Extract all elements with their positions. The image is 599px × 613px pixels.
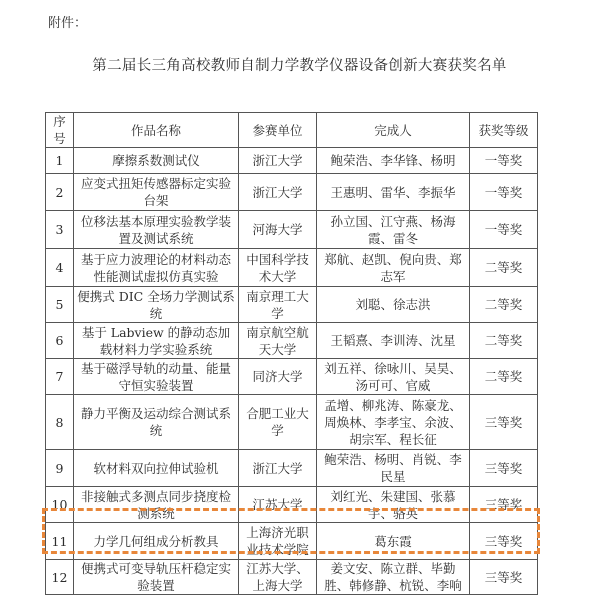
cell-people: 王惠明、雷华、李振华 bbox=[317, 174, 470, 211]
header-work-name: 作品名称 bbox=[74, 113, 239, 148]
table-row: 7基于磁浮导轨的动量、能量守恒实验装置同济大学刘五祥、徐咏川、吴昊、汤可可、官威… bbox=[46, 359, 538, 395]
cell-unit: 河海大学 bbox=[239, 211, 317, 249]
cell-people: 鲍荣浩、李华锋、杨明 bbox=[317, 148, 470, 174]
header-unit: 参赛单位 bbox=[239, 113, 317, 148]
table-row: 3位移法基本原理实验教学装置及测试系统河海大学孙立国、江守燕、杨海霞、雷冬一等奖 bbox=[46, 211, 538, 249]
cell-work-name: 便携式可变导轨压杆稳定实验装置 bbox=[74, 560, 239, 595]
cell-people: 葛东霞 bbox=[317, 523, 470, 560]
table-row: 4基于应力波理论的材料动态性能测试虚拟仿真实验中国科学技术大学郑航、赵凯、倪向贵… bbox=[46, 249, 538, 287]
cell-award: 三等奖 bbox=[470, 523, 538, 560]
cell-work-name: 软材料双向拉伸试验机 bbox=[74, 450, 239, 487]
header-people: 完成人 bbox=[317, 113, 470, 148]
cell-award: 二等奖 bbox=[470, 249, 538, 287]
attachment-label: 附件： bbox=[48, 12, 87, 31]
cell-people: 王韬熹、李训涛、沈星 bbox=[317, 323, 470, 359]
cell-award: 三等奖 bbox=[470, 450, 538, 487]
cell-work-name: 摩擦系数测试仪 bbox=[74, 148, 239, 174]
awards-table: 序号 作品名称 参赛单位 完成人 获奖等级 1摩擦系数测试仪浙江大学鲍荣浩、李华… bbox=[45, 112, 538, 595]
cell-people: 刘五祥、徐咏川、吴昊、汤可可、官威 bbox=[317, 359, 470, 395]
cell-no: 3 bbox=[46, 211, 74, 249]
cell-no: 9 bbox=[46, 450, 74, 487]
cell-unit: 南京理工大学 bbox=[239, 287, 317, 323]
cell-no: 4 bbox=[46, 249, 74, 287]
cell-unit: 中国科学技术大学 bbox=[239, 249, 317, 287]
cell-people: 姜文安、陈立群、毕勤胜、韩修静、杭锐、李响 bbox=[317, 560, 470, 595]
cell-no: 7 bbox=[46, 359, 74, 395]
cell-people: 刘聪、徐志洪 bbox=[317, 287, 470, 323]
table-row: 8静力平衡及运动综合测试系统合肥工业大学孟增、柳兆涛、陈豪龙、周焕林、李孝宝、余… bbox=[46, 395, 538, 450]
cell-unit: 江苏大学 bbox=[239, 487, 317, 523]
cell-no: 5 bbox=[46, 287, 74, 323]
cell-award: 一等奖 bbox=[470, 174, 538, 211]
cell-award: 一等奖 bbox=[470, 211, 538, 249]
cell-award: 二等奖 bbox=[470, 359, 538, 395]
table-row: 9软材料双向拉伸试验机浙江大学鲍荣浩、杨明、肖锐、李民星三等奖 bbox=[46, 450, 538, 487]
cell-people: 孟增、柳兆涛、陈豪龙、周焕林、李孝宝、余波、胡宗军、程长征 bbox=[317, 395, 470, 450]
document-title: 第二届长三角高校教师自制力学教学仪器设备创新大赛获奖名单 bbox=[0, 54, 599, 75]
cell-no: 10 bbox=[46, 487, 74, 523]
cell-work-name: 非接触式多测点同步挠度检测系统 bbox=[74, 487, 239, 523]
cell-award: 三等奖 bbox=[470, 487, 538, 523]
header-award: 获奖等级 bbox=[470, 113, 538, 148]
cell-unit: 南京航空航天大学 bbox=[239, 323, 317, 359]
table-row: 5便携式 DIC 全场力学测试系统南京理工大学刘聪、徐志洪二等奖 bbox=[46, 287, 538, 323]
cell-no: 11 bbox=[46, 523, 74, 560]
cell-people: 孙立国、江守燕、杨海霞、雷冬 bbox=[317, 211, 470, 249]
cell-unit: 同济大学 bbox=[239, 359, 317, 395]
cell-award: 二等奖 bbox=[470, 287, 538, 323]
cell-unit: 浙江大学 bbox=[239, 174, 317, 211]
cell-unit: 合肥工业大学 bbox=[239, 395, 317, 450]
cell-award: 三等奖 bbox=[470, 560, 538, 595]
table-header-row: 序号 作品名称 参赛单位 完成人 获奖等级 bbox=[46, 113, 538, 148]
cell-award: 三等奖 bbox=[470, 395, 538, 450]
cell-people: 刘红光、朱建国、张慕宇、骆英 bbox=[317, 487, 470, 523]
table-row: 2应变式扭矩传感器标定实验台架浙江大学王惠明、雷华、李振华一等奖 bbox=[46, 174, 538, 211]
table-row: 6基于 Labview 的静动态加载材料力学实验系统南京航空航天大学王韬熹、李训… bbox=[46, 323, 538, 359]
cell-award: 二等奖 bbox=[470, 323, 538, 359]
table-row: 12便携式可变导轨压杆稳定实验装置江苏大学、上海大学姜文安、陈立群、毕勤胜、韩修… bbox=[46, 560, 538, 595]
cell-work-name: 位移法基本原理实验教学装置及测试系统 bbox=[74, 211, 239, 249]
cell-work-name: 便携式 DIC 全场力学测试系统 bbox=[74, 287, 239, 323]
cell-no: 6 bbox=[46, 323, 74, 359]
cell-no: 2 bbox=[46, 174, 74, 211]
table-row: 11力学几何组成分析教具上海济光职业技术学院葛东霞三等奖 bbox=[46, 523, 538, 560]
cell-no: 12 bbox=[46, 560, 74, 595]
cell-work-name: 基于 Labview 的静动态加载材料力学实验系统 bbox=[74, 323, 239, 359]
table-row: 10非接触式多测点同步挠度检测系统江苏大学刘红光、朱建国、张慕宇、骆英三等奖 bbox=[46, 487, 538, 523]
cell-unit: 江苏大学、上海大学 bbox=[239, 560, 317, 595]
cell-people: 郑航、赵凯、倪向贵、郑志军 bbox=[317, 249, 470, 287]
cell-work-name: 基于应力波理论的材料动态性能测试虚拟仿真实验 bbox=[74, 249, 239, 287]
cell-award: 一等奖 bbox=[470, 148, 538, 174]
header-no: 序号 bbox=[46, 113, 74, 148]
cell-people: 鲍荣浩、杨明、肖锐、李民星 bbox=[317, 450, 470, 487]
table-row: 1摩擦系数测试仪浙江大学鲍荣浩、李华锋、杨明一等奖 bbox=[46, 148, 538, 174]
cell-unit: 浙江大学 bbox=[239, 450, 317, 487]
cell-no: 1 bbox=[46, 148, 74, 174]
cell-work-name: 应变式扭矩传感器标定实验台架 bbox=[74, 174, 239, 211]
cell-unit: 浙江大学 bbox=[239, 148, 317, 174]
cell-unit: 上海济光职业技术学院 bbox=[239, 523, 317, 560]
cell-work-name: 基于磁浮导轨的动量、能量守恒实验装置 bbox=[74, 359, 239, 395]
cell-work-name: 力学几何组成分析教具 bbox=[74, 523, 239, 560]
cell-no: 8 bbox=[46, 395, 74, 450]
cell-work-name: 静力平衡及运动综合测试系统 bbox=[74, 395, 239, 450]
